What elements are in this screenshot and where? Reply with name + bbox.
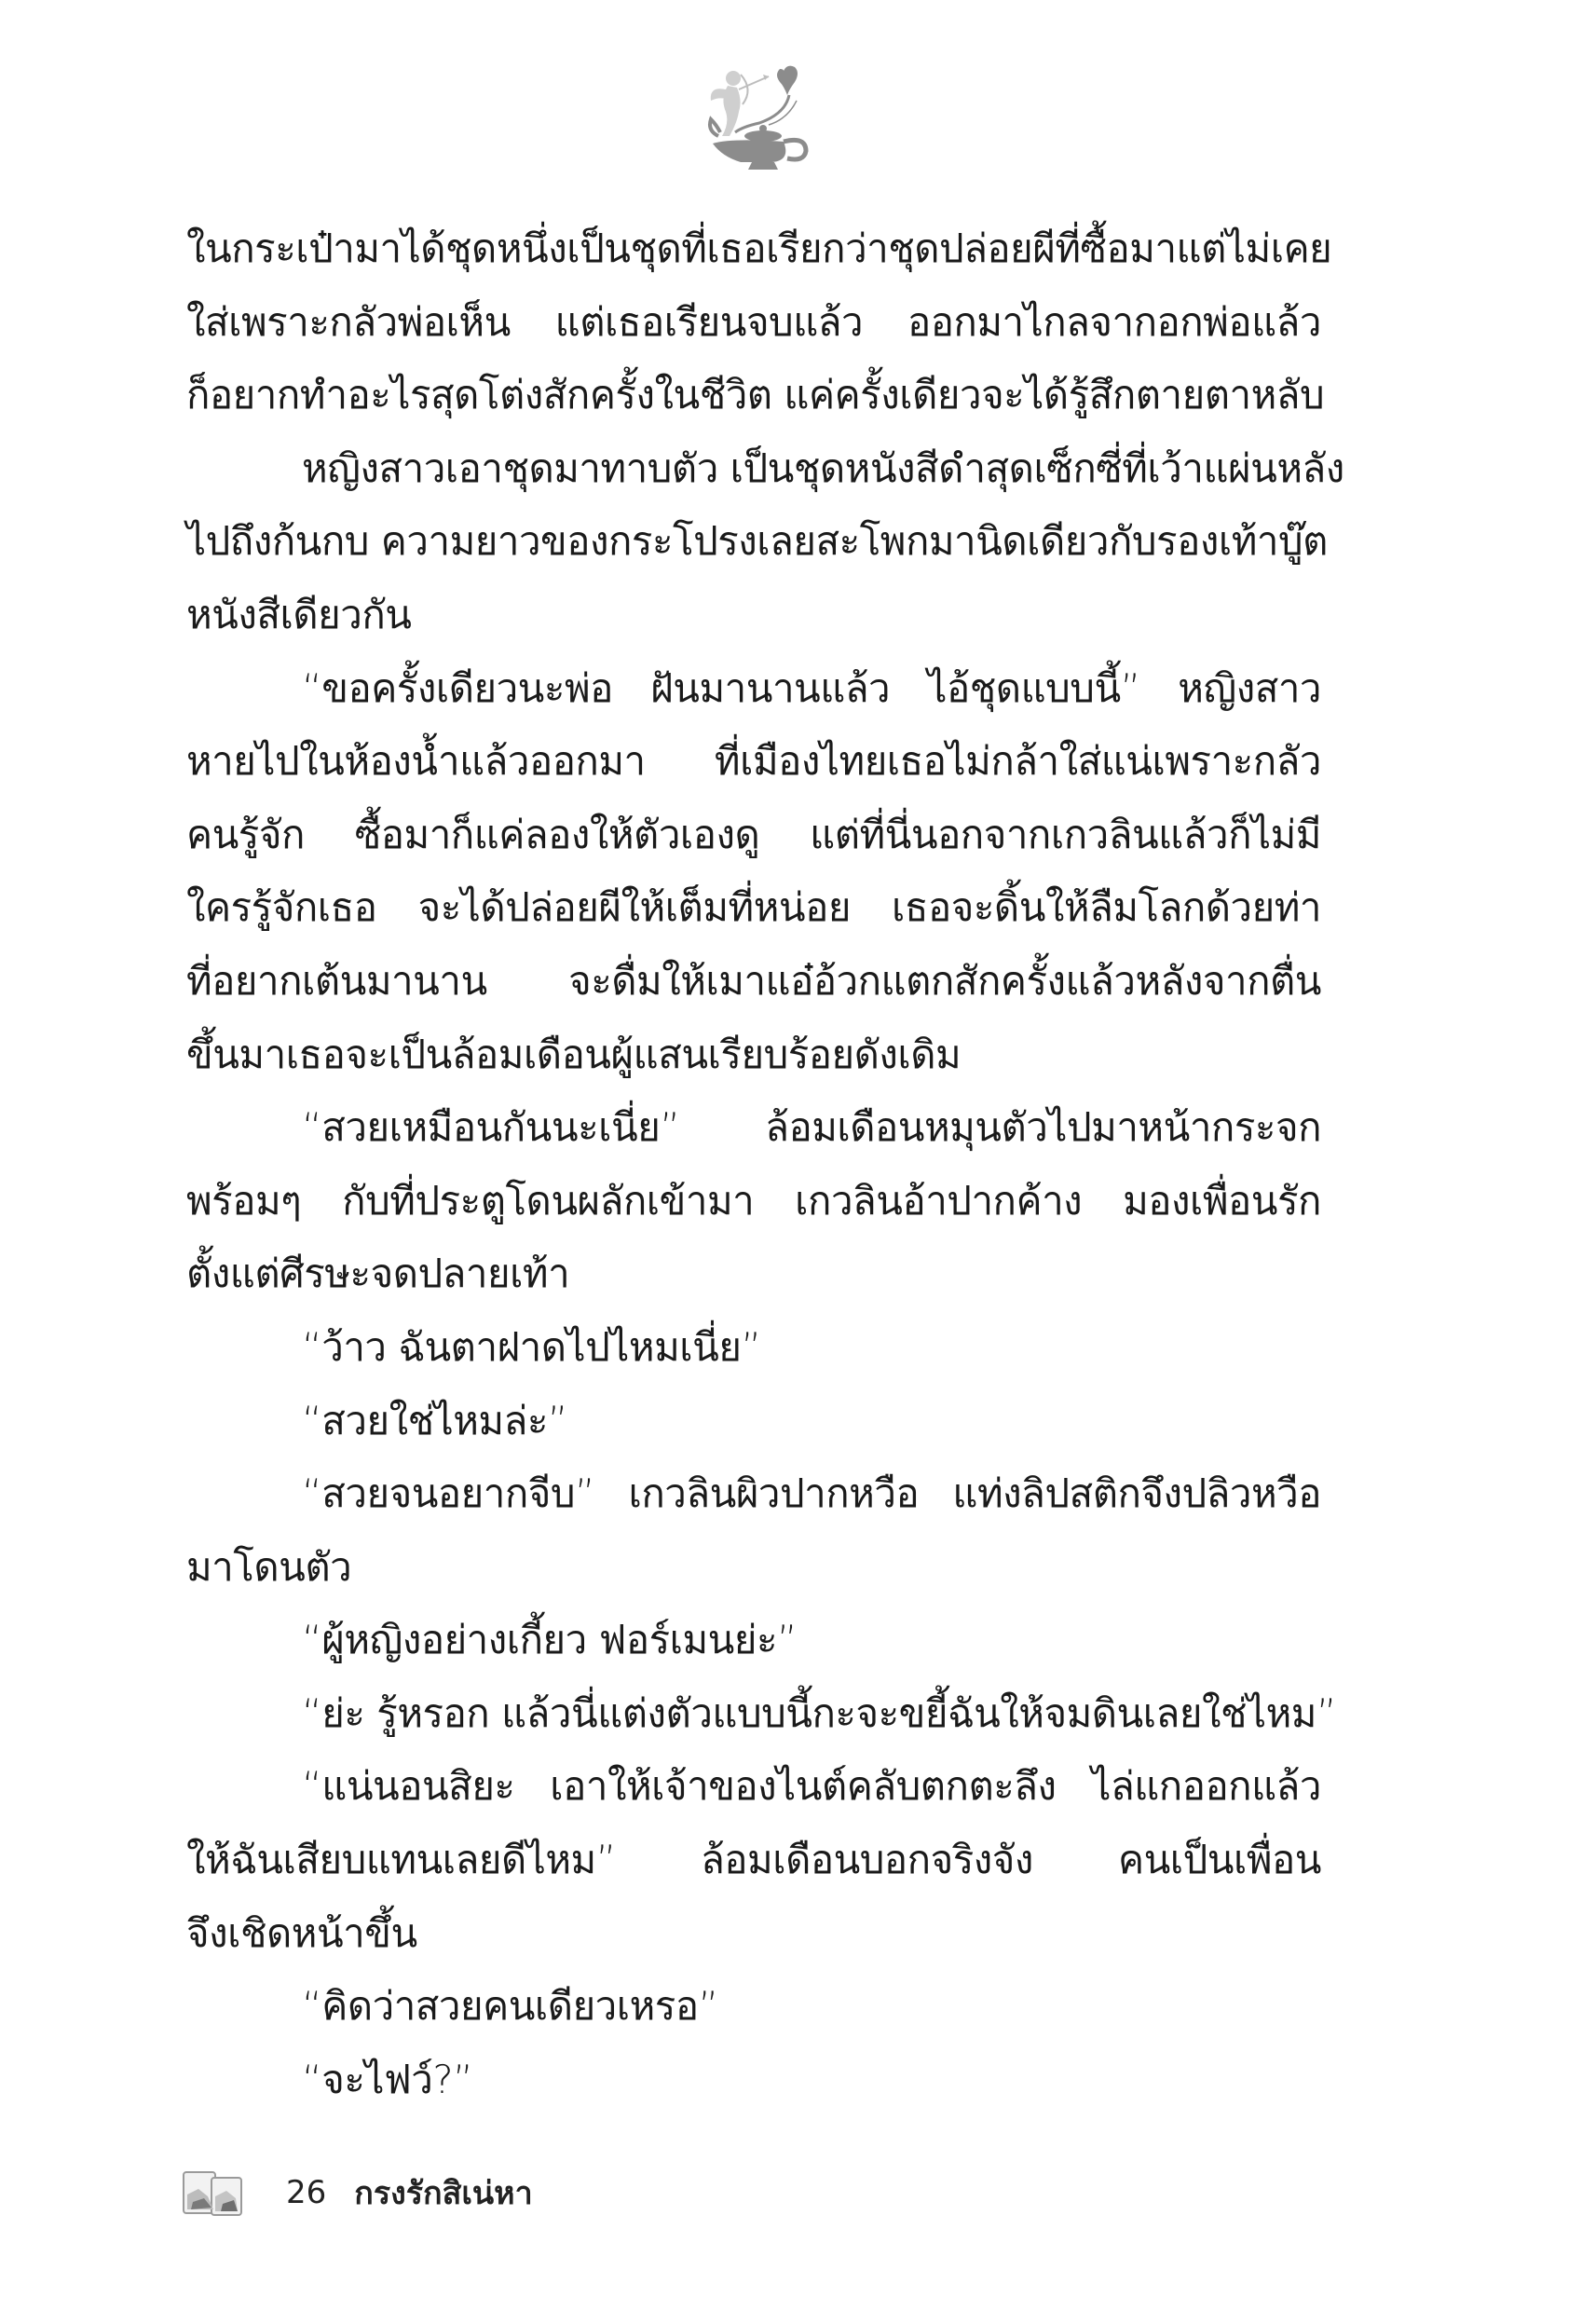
text-line: “ย่ะ รู้หรอก แล้วนี่แต่งตัวแบบนี้กะจะขยี… <box>186 1677 1321 1751</box>
text-line: “ผู้หญิงอย่างเกี้ยว ฟอร์เมนย่ะ” <box>186 1604 1321 1677</box>
text-line: หญิงสาวเอาชุดมาทาบตัว เป็นชุดหนังสีดำสุด… <box>186 432 1321 506</box>
text-line: ใส่เพราะกลัวพ่อเห็น แต่เธอเรียนจบแล้ว ออ… <box>186 286 1321 360</box>
text-line: “สวยจนอยากจีบ” เกวลินผิวปากหวือ แท่งลิปส… <box>186 1457 1321 1531</box>
text-line: “สวยใช่ไหมล่ะ” <box>186 1385 1321 1458</box>
body-text: ในกระเป๋ามาได้ชุดหนึ่งเป็นชุดที่เธอเรียก… <box>186 212 1321 2116</box>
text-line: ตั้งแต่ศีรษะจดปลายเท้า <box>186 1238 1321 1311</box>
page-footer: 26 กรงรักสิเน่หา <box>182 2160 533 2225</box>
page-number: 26 <box>286 2174 326 2211</box>
book-title: กรงรักสิเน่หา <box>354 2167 532 2218</box>
glasses-with-ice-icon <box>182 2167 245 2219</box>
book-page: ในกระเป๋ามาได้ชุดหนึ่งเป็นชุดที่เธอเรียก… <box>0 0 1596 2311</box>
cupid-teapot-ornament-icon <box>694 58 815 170</box>
text-line: ขึ้นมาเธอจะเป็นล้อมเดือนผู้แสนเรียบร้อยด… <box>186 1019 1321 1092</box>
text-line: ในกระเป๋ามาได้ชุดหนึ่งเป็นชุดที่เธอเรียก… <box>186 212 1321 286</box>
text-line: “ขอครั้งเดียวนะพ่อ ฝันมานานแล้ว ไอ้ชุดแบ… <box>186 652 1321 726</box>
text-line: “ว้าว ฉันตาฝาดไปไหมเนี่ย” <box>186 1311 1321 1385</box>
text-line: คนรู้จัก ซื้อมาก็แค่ลองให้ตัวเองดู แต่ที… <box>186 799 1321 872</box>
text-line: “คิดว่าสวยคนเดียวเหรอ” <box>186 1970 1321 2044</box>
text-line: จึงเชิดหน้าขึ้น <box>186 1897 1321 1971</box>
text-line: ไปถึงก้นกบ ความยาวของกระโปรงเลยสะโพกมานิ… <box>186 505 1321 579</box>
text-line: ก็อยากทำอะไรสุดโต่งสักครั้งในชีวิต แค่คร… <box>186 359 1321 432</box>
text-line: ที่อยากเต้นมานาน จะดื่มให้เมาแอ๋อ้วกแตกส… <box>186 945 1321 1019</box>
text-line: ให้ฉันเสียบแทนเลยดีไหม” ล้อมเดือนบอกจริง… <box>186 1824 1321 1897</box>
text-line: หนังสีเดียวกัน <box>186 579 1321 652</box>
text-line: “แน่นอนสิยะ เอาให้เจ้าของไนต์คลับตกตะลึง… <box>186 1750 1321 1824</box>
text-line: พร้อมๆ กับที่ประตูโดนผลักเข้ามา เกวลินอ้… <box>186 1165 1321 1238</box>
text-line: ใครรู้จักเธอ จะได้ปล่อยผีให้เต็มที่หน่อย… <box>186 871 1321 945</box>
text-line: “จะไฟว์?” <box>186 2044 1321 2117</box>
text-line: “สวยเหมือนกันนะเนี่ย” ล้อมเดือนหมุนตัวไป… <box>186 1091 1321 1165</box>
text-line: มาโดนตัว <box>186 1531 1321 1605</box>
text-line: หายไปในห้องน้ำแล้วออกมา ที่เมืองไทยเธอไม… <box>186 725 1321 799</box>
